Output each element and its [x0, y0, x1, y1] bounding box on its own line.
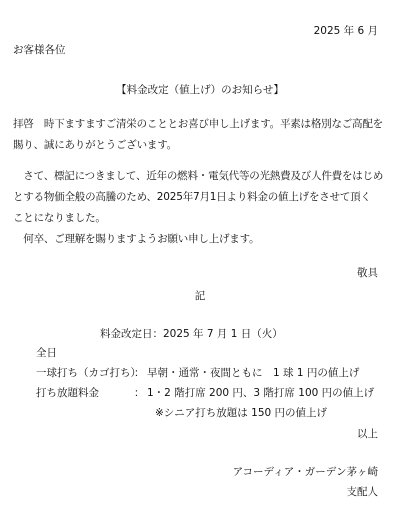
notice-title: 【料金改定（値上げ）のお知らせ】 [0, 83, 400, 97]
main-line: 何卒、ご理解を賜りますようお願い申し上げます。 [13, 229, 383, 250]
signature-role: 支配人 [347, 485, 379, 499]
greeting-line: 賜り、誠にありがとうございます。 [13, 135, 383, 156]
main-line: さて、標記につきまして、近年の燃料・電気代等の光熱費及び人件費をはじめ [13, 166, 383, 187]
addressee: お客様各位 [13, 43, 66, 57]
item-label: 一球打ち（カゴ打ち） [36, 366, 141, 380]
item-value: 1・2 階打席 200 円、3 階打席 100 円の値上げ [147, 386, 374, 400]
main-line: とする物価全般の高騰のため、2025年7月1日より料金の値上げをさせて頂く [13, 187, 383, 208]
effective-date: 料金改定日：2025 年 7 月 1 日（火） [100, 327, 283, 341]
main-paragraph: さて、標記につきまして、近年の燃料・電気代等の光熱費及び人件費をはじめ とする物… [13, 166, 383, 250]
item-separator: ： [134, 386, 145, 400]
end-marker: 以上 [357, 427, 378, 441]
document-date: 2025 年 6 月 [314, 24, 378, 38]
item-value: 早朝・通常・夜間ともに 1 球 1 円の値上げ [147, 366, 359, 380]
item-label: 打ち放題料金 [36, 386, 99, 400]
greeting-paragraph: 拝啓 時下ますますご清栄のこととお喜び申し上げます。平素は格別なご高配を 賜り、… [13, 114, 383, 156]
closing-keigu: 敬具 [357, 266, 378, 280]
greeting-line: 拝啓 時下ますますご清栄のこととお喜び申し上げます。平素は格別なご高配を [13, 114, 383, 135]
main-line: ことになりました。 [13, 208, 383, 229]
details-heading: 記 [0, 289, 400, 303]
scope-label: 全日 [36, 346, 57, 360]
senior-note: ※シニア打ち放題は 150 円の値上げ [155, 406, 327, 420]
signature-organization: アコーディア・ガーデン茅ヶ崎 [233, 465, 378, 479]
item-separator: ： [134, 366, 145, 380]
